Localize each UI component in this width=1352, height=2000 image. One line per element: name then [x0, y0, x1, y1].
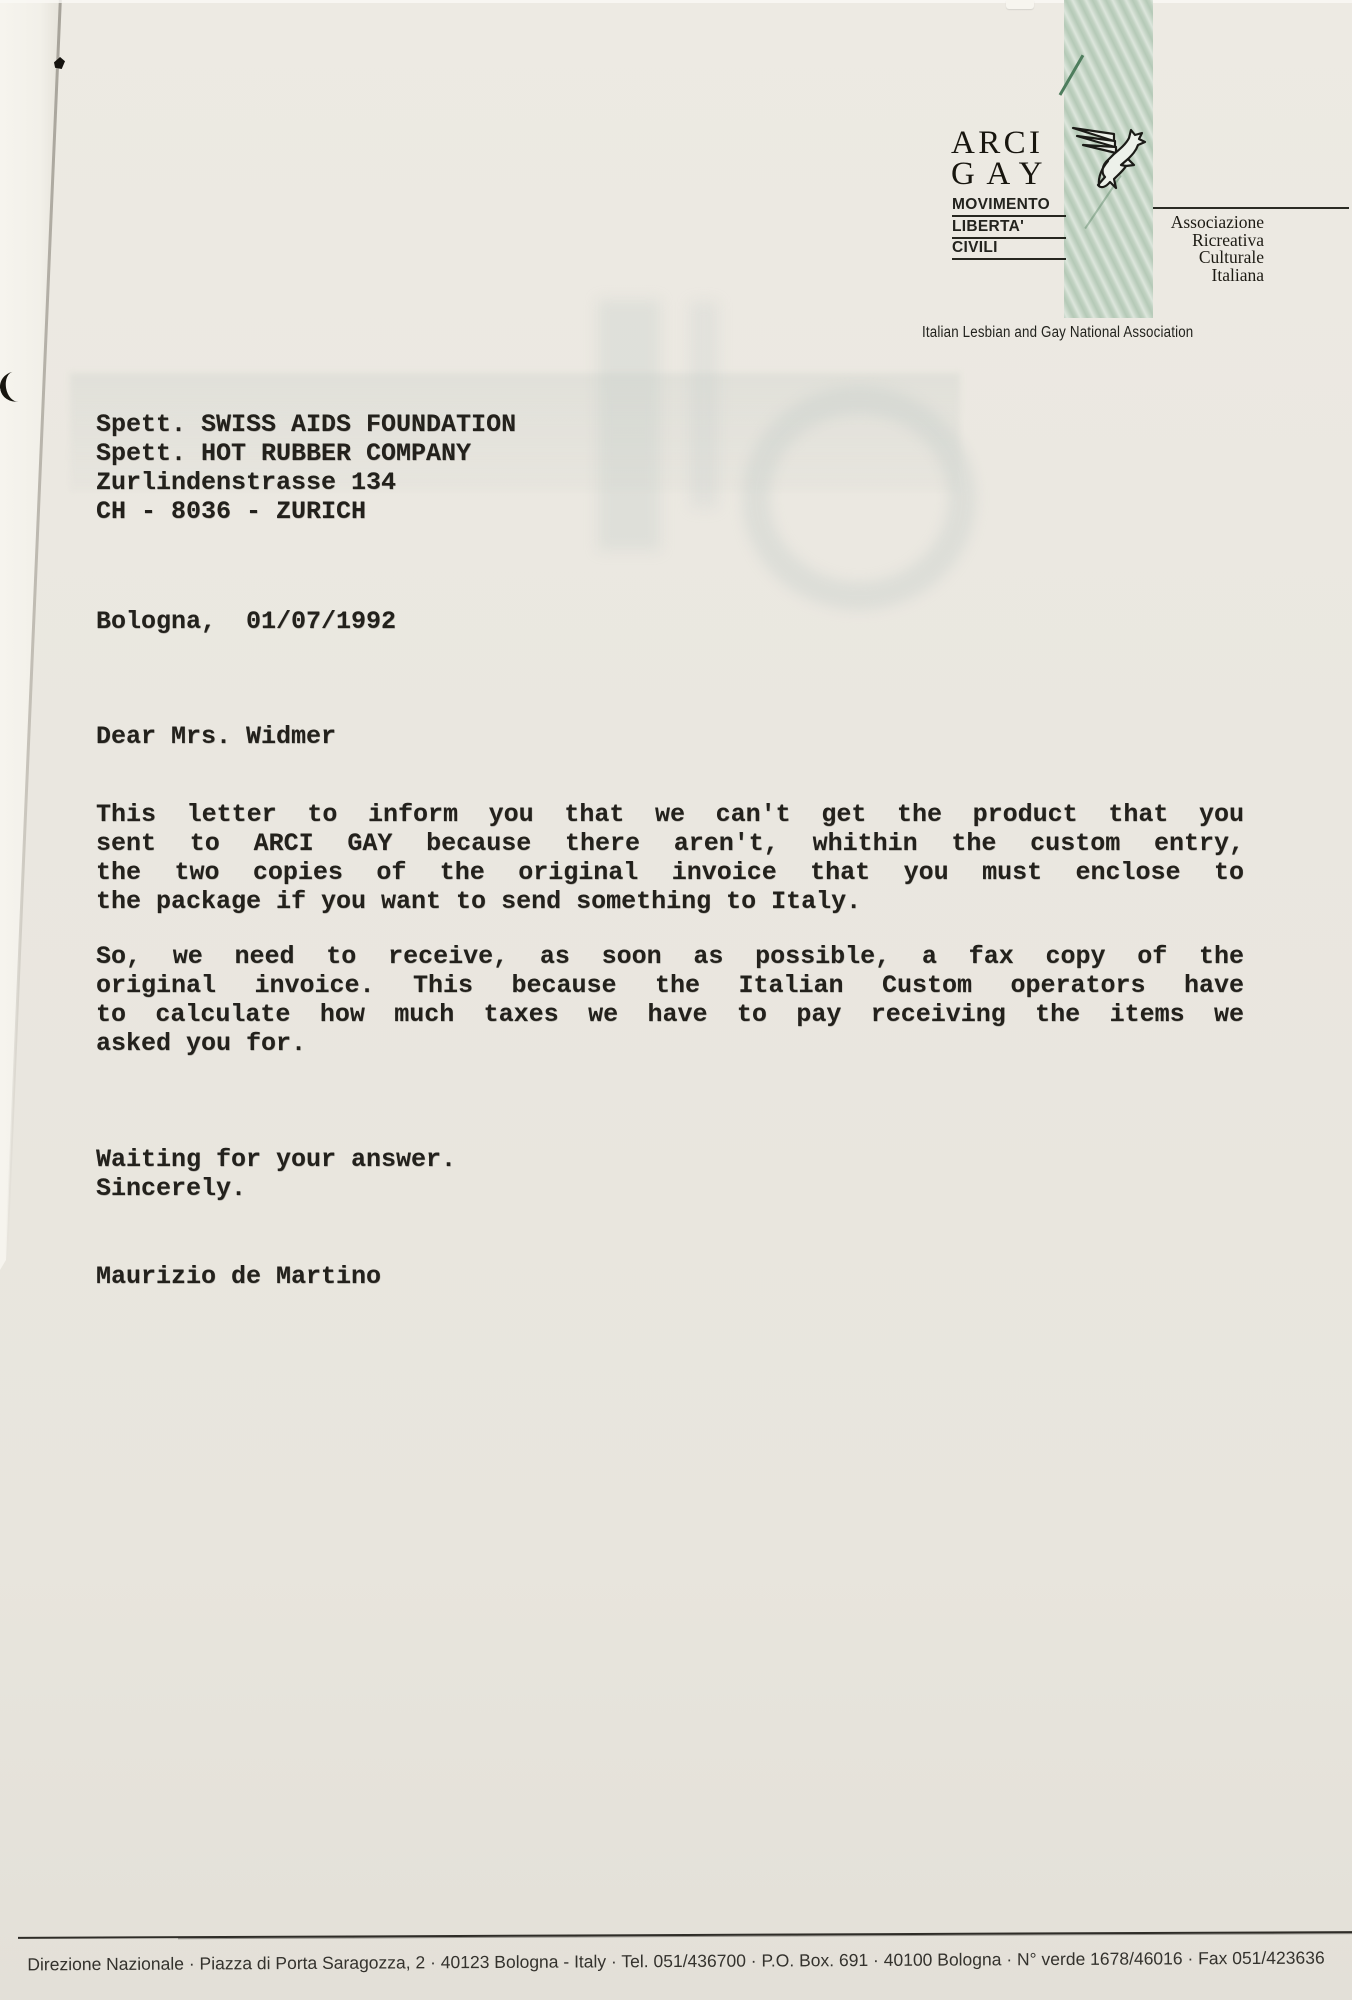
recipient-line: CH - 8036 - ZURICH	[96, 497, 1244, 526]
footer-contact-line: Direzione Nazionale · Piazza di Porta Sa…	[0, 1947, 1352, 1975]
movement-item: CIVILI	[952, 240, 1066, 260]
movement-item: MOVIMENTO	[952, 197, 1066, 217]
footer-rule	[18, 1931, 1352, 1939]
association-item: Culturale	[1171, 249, 1264, 267]
paragraph-1: This letter to inform you that we can't …	[96, 800, 1244, 916]
signature-name: Maurizio de Martino	[96, 1262, 1244, 1291]
paragraph-line: original invoice. This because the Itali…	[96, 971, 1244, 1000]
tagline: Italian Lesbian and Gay National Associa…	[922, 324, 1193, 342]
salutation: Dear Mrs. Widmer	[96, 722, 1244, 751]
movement-item: LIBERTA'	[952, 219, 1066, 239]
paragraph-line: to calculate how much taxes we have to p…	[96, 1000, 1244, 1029]
closing-block: Waiting for your answer. Sincerely.	[96, 1145, 1244, 1203]
paragraph-line: asked you for.	[96, 1029, 1244, 1058]
closing-line: Waiting for your answer.	[96, 1145, 1244, 1174]
paragraph-2: So, we need to receive, as soon as possi…	[96, 942, 1244, 1058]
wordmark-line: ARCI	[951, 128, 1054, 159]
paragraph-line: the two copies of the original invoice t…	[96, 858, 1244, 887]
recipient-line: Zurlindenstrasse 134	[96, 468, 1244, 497]
closing-line: Sincerely.	[96, 1174, 1244, 1203]
association-list: Associazione Ricreativa Culturale Italia…	[1171, 214, 1264, 284]
movement-list: MOVIMENTO LIBERTA' CIVILI	[952, 197, 1066, 262]
arcigay-wordmark: ARCI GAY	[951, 128, 1054, 190]
association-item: Italiana	[1171, 267, 1264, 285]
pegasus-icon	[1068, 120, 1150, 198]
paragraph-line: This letter to inform you that we can't …	[96, 800, 1244, 829]
wordmark-line: GAY	[951, 159, 1054, 190]
recipient-line: Spett. SWISS AIDS FOUNDATION	[96, 410, 1244, 439]
dateline: Bologna, 01/07/1992	[96, 607, 1244, 636]
paragraph-line: sent to ARCI GAY because there aren't, w…	[96, 829, 1244, 858]
scanned-letter-page: ARCI GAY MOVIMENTO LIBERTA' CIVILI Assoc…	[0, 0, 1352, 2000]
paragraph-line: the package if you want to send somethin…	[96, 887, 1244, 916]
association-item: Associazione	[1171, 214, 1264, 232]
recipient-block: Spett. SWISS AIDS FOUNDATION Spett. HOT …	[96, 410, 1244, 526]
paper-tab-artifact	[1006, 0, 1034, 9]
recipient-line: Spett. HOT RUBBER COMPANY	[96, 439, 1244, 468]
paragraph-line: So, we need to receive, as soon as possi…	[96, 942, 1244, 971]
letterhead-rule	[1153, 207, 1349, 209]
